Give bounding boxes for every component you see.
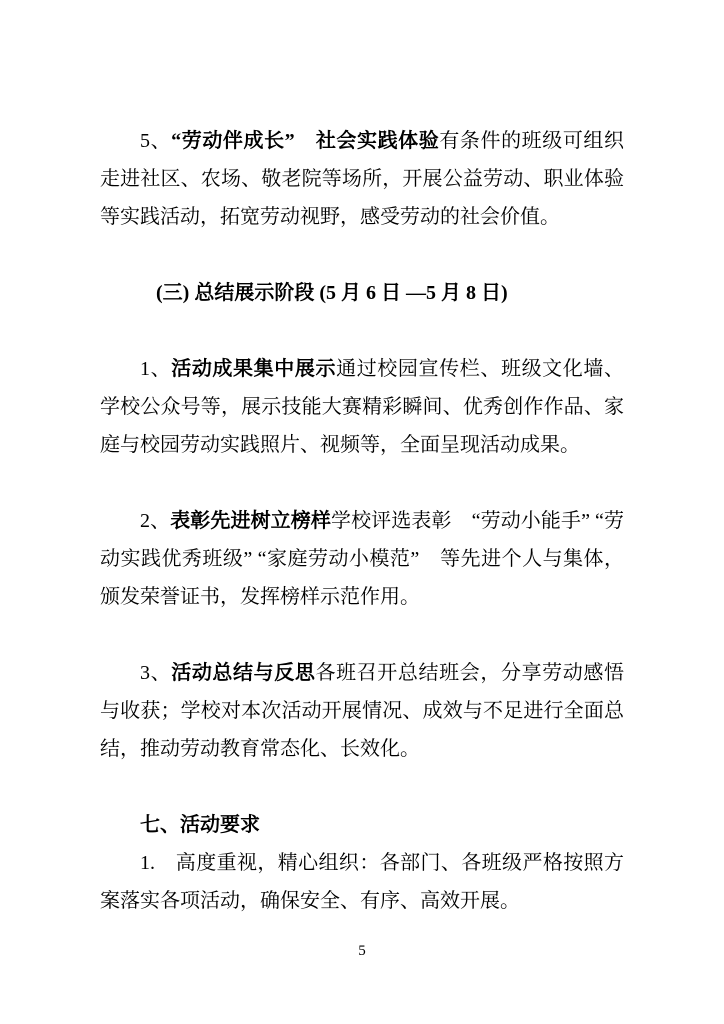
heading-text: (三) 总结展示阶段 (5 月 6 日 —5 月 8 日) — [156, 282, 508, 304]
list-number: 2、 — [140, 510, 170, 532]
paragraph-results-display: 1、活动成果集中展示通过校园宣传栏、班级文化墙、学校公众号等，展示技能大赛精彩瞬… — [100, 350, 624, 464]
page-content: 5、“劳动伴成长” 社会实践体验有条件的班级可组织走进社区、农场、敬老院等场所，… — [100, 122, 624, 920]
paragraph-social-practice: 5、“劳动伴成长” 社会实践体验有条件的班级可组织走进社区、农场、敬老院等场所，… — [100, 122, 624, 236]
paragraph-commend-advanced: 2、表彰先进树立榜样学校评选表彰 “劳动小能手” “劳动实践优秀班级” “家庭劳… — [100, 502, 624, 616]
paragraph-lead-in-bold: 活动总结与反思 — [171, 662, 315, 684]
paragraph-lead-in-bold: 表彰先进树立榜样 — [170, 510, 331, 532]
paragraph-attach-importance: 1. 高度重视，精心组织：各部门、各班级严格按照方案落实各项活动，确保安全、有序… — [100, 844, 624, 920]
paragraph-lead-in-bold: “劳动伴成长” 社会实践体验 — [171, 130, 439, 152]
paragraph-summary-reflection: 3、活动总结与反思各班召开总结班会，分享劳动感悟与收获；学校对本次活动开展情况、… — [100, 654, 624, 768]
list-number: 5、 — [140, 130, 171, 152]
heading-activity-requirements: 七、活动要求 — [100, 806, 624, 844]
list-number: 1. — [140, 852, 176, 874]
list-number: 1、 — [140, 358, 171, 380]
paragraph-lead-in-bold: 活动成果集中展示 — [171, 358, 336, 380]
heading-text: 七、活动要求 — [140, 814, 260, 836]
page-number: 5 — [0, 941, 724, 961]
document-page: 5、“劳动伴成长” 社会实践体验有条件的班级可组织走进社区、农场、敬老院等场所，… — [0, 0, 724, 1024]
paragraph-body-text: 高度重视，精心组织：各部门、各班级严格按照方案落实各项活动，确保安全、有序、高效… — [100, 852, 624, 912]
list-number: 3、 — [140, 662, 171, 684]
heading-stage-three: (三) 总结展示阶段 (5 月 6 日 —5 月 8 日) — [100, 274, 624, 312]
